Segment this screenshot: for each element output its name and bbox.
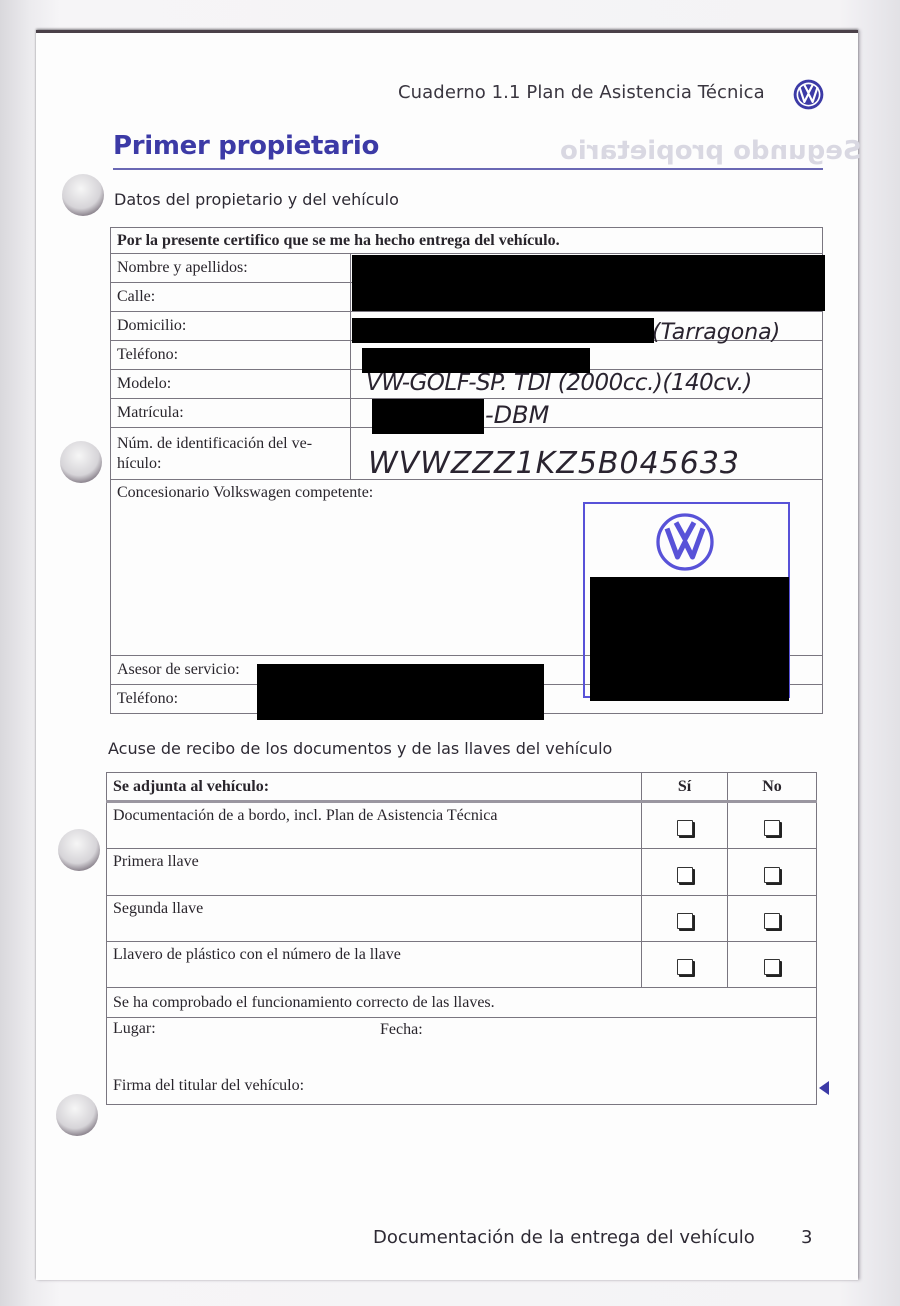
checkbox-yes[interactable] xyxy=(677,959,693,975)
checkbox-no[interactable] xyxy=(764,913,780,929)
receipt-item-label: Primera llave xyxy=(107,849,642,896)
checkbox-yes[interactable] xyxy=(677,913,693,929)
page-number: 3 xyxy=(801,1227,812,1248)
receipt-header-item: Se adjunta al vehículo: xyxy=(107,773,642,802)
signature-label: Firma del titular del vehículo: xyxy=(113,1077,304,1095)
owner-section-heading: Datos del propietario y del vehículo xyxy=(114,190,399,209)
footer-title: Documentación de la entrega del vehículo xyxy=(373,1227,755,1248)
header-title: Cuaderno 1.1 Plan de Asistencia Técnica xyxy=(398,82,765,103)
vin-label-line2: hículo: xyxy=(117,455,161,472)
field-label-vin: Núm. de identificación del ve-hículo: xyxy=(111,428,351,480)
field-label-street: Calle: xyxy=(111,283,351,312)
field-label-plate: Matrícula: xyxy=(111,399,351,428)
redaction xyxy=(257,664,544,720)
vw-logo-icon xyxy=(655,512,715,572)
field-label-phone: Teléfono: xyxy=(111,341,351,370)
receipt-header-no: No xyxy=(728,773,817,802)
handwritten-plate: -DBM xyxy=(485,401,549,429)
show-through-text: Segundo propietario xyxy=(560,136,862,166)
vw-logo-icon xyxy=(792,78,825,111)
place-label: Lugar: xyxy=(113,1020,156,1038)
checkbox-yes[interactable] xyxy=(677,867,693,883)
receipt-item-label: Llavero de plástico con el número de la … xyxy=(107,942,642,988)
redaction xyxy=(352,318,654,343)
field-label-city: Domicilio: xyxy=(111,312,351,341)
date-label: Fecha: xyxy=(380,1021,423,1039)
checkbox-no[interactable] xyxy=(764,959,780,975)
title-divider xyxy=(113,168,823,170)
redaction xyxy=(372,399,484,434)
binder-hole xyxy=(60,441,102,483)
handwritten-city: (Tarragona) xyxy=(652,320,780,345)
receipt-item-label: Documentación de a bordo, incl. Plan de … xyxy=(107,802,642,849)
vin-label-line1: Núm. de identificación del ve- xyxy=(117,435,312,452)
checkbox-no[interactable] xyxy=(764,820,780,836)
handwritten-model: VW-GOLF-SP. TDI (2000cc.)(140cv.) xyxy=(366,370,752,396)
handwritten-vin: WVWZZZ1KZ5B045633 xyxy=(368,446,740,481)
redaction xyxy=(352,255,825,311)
checkbox-yes[interactable] xyxy=(677,820,693,836)
receipt-section-heading: Acuse de recibo de los documentos y de l… xyxy=(108,739,612,758)
receipt-table: Se adjunta al vehículo: Sí No Documentac… xyxy=(106,772,817,1105)
binder-hole xyxy=(58,829,100,871)
receipt-row: Primera llave xyxy=(107,849,817,896)
receipt-row: Documentación de a bordo, incl. Plan de … xyxy=(107,802,817,849)
receipt-header-yes: Sí xyxy=(642,773,728,802)
keys-checked-text: Se ha comprobado el funcionamiento corre… xyxy=(107,988,817,1018)
redaction xyxy=(362,348,590,373)
binder-hole xyxy=(56,1094,98,1136)
receipt-row: Llavero de plástico con el número de la … xyxy=(107,942,817,988)
field-label-name: Nombre y apellidos: xyxy=(111,254,351,283)
certify-text: Por la presente certifico que se me ha h… xyxy=(111,228,823,254)
checkbox-no[interactable] xyxy=(764,867,780,883)
signature-block: Lugar: Fecha: Firma del titular del vehí… xyxy=(107,1018,817,1105)
receipt-row: Segunda llave xyxy=(107,896,817,942)
next-page-arrow-icon xyxy=(819,1081,829,1095)
binder-hole xyxy=(62,174,104,216)
page-title: Primer propietario xyxy=(113,131,379,161)
redaction xyxy=(590,577,789,701)
field-label-model: Modelo: xyxy=(111,370,351,399)
receipt-item-label: Segunda llave xyxy=(107,896,642,942)
